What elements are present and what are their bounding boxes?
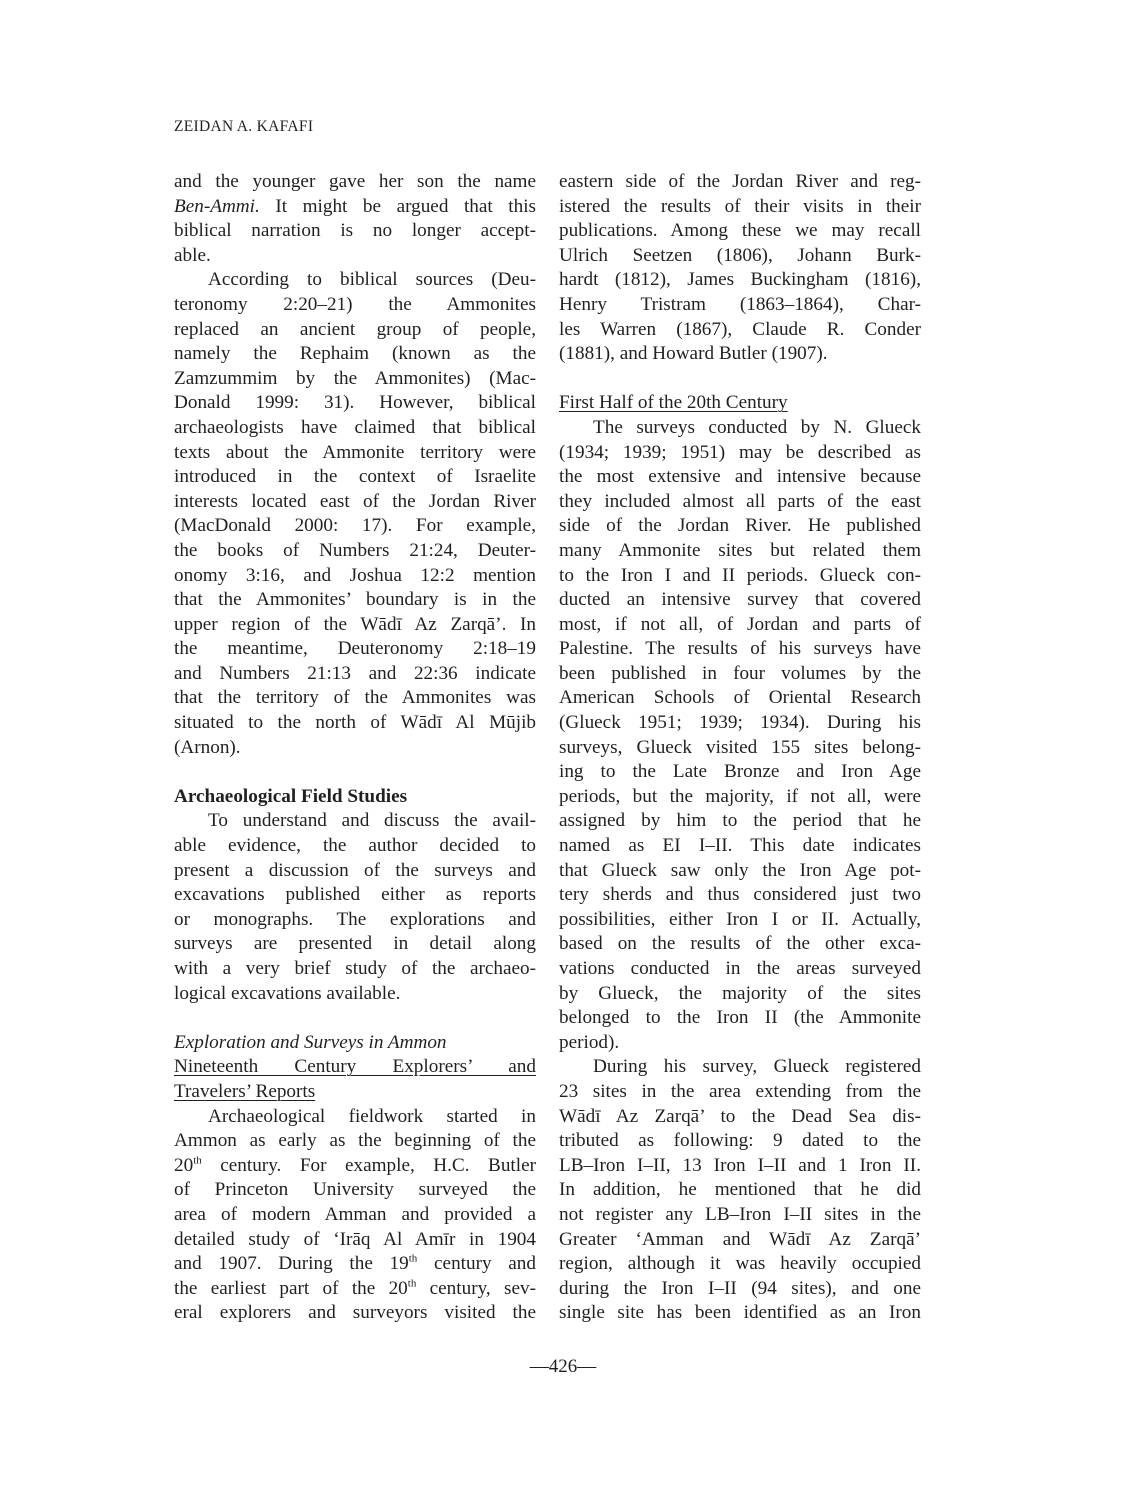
text-line: The surveys conducted by N. Glueck [559, 416, 921, 441]
text-line: (Glueck 1951; 1939; 1934). During his [559, 711, 921, 736]
text-line: Henry Tristram (1863–1864), Char- [559, 293, 921, 318]
text-line: biblical narration is no longer accept- [174, 219, 536, 244]
text-line: logical excavations available. [174, 982, 536, 1007]
text-line: tributed as following: 9 dated to the [559, 1129, 921, 1154]
text-line: been published in four volumes by the [559, 662, 921, 687]
text-line: publications. Among these we may recall [559, 219, 921, 244]
text-line: Palestine. The results of his surveys ha… [559, 637, 921, 662]
text-line: the books of Numbers 21:24, Deuter- [174, 539, 536, 564]
text-line: ducted an intensive survey that covered [559, 588, 921, 613]
text-line: detailed study of ‘Irāq Al Amīr in 1904 [174, 1228, 536, 1253]
text-line: and 1907. During the 19th century and [174, 1252, 536, 1277]
text-line: les Warren (1867), Claude R. Conder [559, 318, 921, 343]
text-line: 23 sites in the area extending from the [559, 1080, 921, 1105]
text-line: Greater ‘Amman and Wādī Az Zarqā’ [559, 1228, 921, 1253]
heading-text: First Half of the 20th Century [559, 392, 788, 413]
text-line: by Glueck, the majority of the sites [559, 982, 921, 1007]
text-line: not register any LB–Iron I–II sites in t… [559, 1203, 921, 1228]
text-line: texts about the Ammonite territory were [174, 441, 536, 466]
left-column: and the younger gave her son the name Be… [174, 170, 536, 1326]
text-line: surveys are presented in detail along [174, 932, 536, 957]
text-line: hardt (1812), James Buckingham (1816), [559, 268, 921, 293]
text-line: introduced in the context of Israelite [174, 465, 536, 490]
paragraph: The surveys conducted by N. Glueck (1934… [559, 416, 921, 1055]
text-line: surveys, Glueck visited 155 sites belong… [559, 736, 921, 761]
text-line: and Numbers 21:13 and 22:36 indicate [174, 662, 536, 687]
text-line: during the Iron I–II (94 sites), and one [559, 1277, 921, 1302]
text-line: namely the Rephaim (known as the [174, 342, 536, 367]
text-line: Ammon as early as the beginning of the [174, 1129, 536, 1154]
text-span: It might be argued that this [275, 196, 536, 217]
text-line: the most extensive and intensive because [559, 465, 921, 490]
spacer [174, 760, 536, 785]
text-span: century. For example, H.C. Butler [202, 1155, 536, 1176]
text-line: ing to the Late Bronze and Iron Age [559, 760, 921, 785]
text-line: that the territory of the Ammonites was [174, 686, 536, 711]
text-line: American Schools of Oriental Research [559, 686, 921, 711]
text-line: (Arnon). [174, 736, 536, 761]
text-line: possibilities, either Iron I or II. Actu… [559, 908, 921, 933]
spacer [559, 367, 921, 392]
text-line: or monographs. The explorations and [174, 908, 536, 933]
text-line: the meantime, Deuteronomy 2:18–19 [174, 637, 536, 662]
paragraph: During his survey, Glueck registered 23 … [559, 1055, 921, 1326]
subsubsection-heading: Travelers’ Reports [174, 1080, 536, 1105]
text-line: vations conducted in the areas surveyed [559, 957, 921, 982]
text-line: of Princeton University surveyed the [174, 1178, 536, 1203]
text-line: replaced an ancient group of people, [174, 318, 536, 343]
right-column: eastern side of the Jordan River and reg… [559, 170, 921, 1326]
text-line: eastern side of the Jordan River and reg… [559, 170, 921, 195]
italic-name: Ben-Ammi. [174, 196, 260, 217]
subsubsection-heading: First Half of the 20th Century [559, 391, 921, 416]
text-line: According to biblical sources (Deu- [174, 268, 536, 293]
text-line: region, although it was heavily occupied [559, 1252, 921, 1277]
text-line: In addition, he mentioned that he did [559, 1178, 921, 1203]
text-line: Archaeological fieldwork started in [174, 1105, 536, 1130]
section-heading: Archaeological Field Studies [174, 785, 536, 810]
text-span: the earliest part of the 20 [174, 1278, 408, 1299]
text-line: that Glueck saw only the Iron Age pot- [559, 859, 921, 884]
text-line: situated to the north of Wādī Al Mūjib [174, 711, 536, 736]
text-line: LB–Iron I–II, 13 Iron I–II and 1 Iron II… [559, 1154, 921, 1179]
paragraph: According to biblical sources (Deu- tero… [174, 268, 536, 760]
heading-text: Travelers’ Reports [174, 1081, 315, 1102]
paragraph: and the younger gave her son the name Be… [174, 170, 536, 268]
paragraph: Archaeological fieldwork started in Ammo… [174, 1105, 536, 1326]
text-span: 20 [174, 1155, 193, 1176]
text-line: most, if not all, of Jordan and parts of [559, 613, 921, 638]
text-line: period). [559, 1031, 921, 1056]
text-line: to the Iron I and II periods. Glueck con… [559, 564, 921, 589]
text-line: they included almost all parts of the ea… [559, 490, 921, 515]
text-line: onomy 3:16, and Joshua 12:2 mention [174, 564, 536, 589]
subsection-heading: Exploration and Surveys in Ammon [174, 1031, 536, 1056]
text-line: (MacDonald 2000: 17). For example, [174, 514, 536, 539]
text-span: century and [417, 1253, 536, 1274]
text-line: interests located east of the Jordan Riv… [174, 490, 536, 515]
text-line: able evidence, the author decided to [174, 834, 536, 859]
subsubsection-heading: Nineteenth Century Explorers’ and [174, 1055, 536, 1080]
text-line: with a very brief study of the archaeo- [174, 957, 536, 982]
text-line: that the Ammonites’ boundary is in the [174, 588, 536, 613]
text-line: periods, but the majority, if not all, w… [559, 785, 921, 810]
paragraph: eastern side of the Jordan River and reg… [559, 170, 921, 367]
text-line: based on the results of the other exca- [559, 932, 921, 957]
text-line: (1881), and Howard Butler (1907). [559, 342, 921, 367]
text-line: Donald 1999: 31). However, biblical [174, 391, 536, 416]
text-line: and the younger gave her son the name [174, 170, 536, 195]
text-line: 20th century. For example, H.C. Butler [174, 1154, 536, 1179]
running-head: ZEIDAN A. KAFAFI [174, 118, 313, 136]
spacer [174, 1006, 536, 1031]
text-line: archaeologists have claimed that biblica… [174, 416, 536, 441]
text-line: single site has been identified as an Ir… [559, 1301, 921, 1326]
text-line: istered the results of their visits in t… [559, 195, 921, 220]
text-line: present a discussion of the surveys and [174, 859, 536, 884]
text-line: Ben-Ammi. It might be argued that this [174, 195, 536, 220]
text-line: Wādī Az Zarqā’ to the Dead Sea dis- [559, 1105, 921, 1130]
text-line: assigned by him to the period that he [559, 809, 921, 834]
text-line: many Ammonite sites but related them [559, 539, 921, 564]
text-line: area of modern Amman and provided a [174, 1203, 536, 1228]
text-span: and 1907. During the 19 [174, 1253, 409, 1274]
text-line: named as EI I–II. This date indicates [559, 834, 921, 859]
text-line: upper region of the Wādī Az Zarqā’. In [174, 613, 536, 638]
paragraph: To understand and discuss the avail- abl… [174, 809, 536, 1006]
text-line: tery sherds and thus considered just two [559, 883, 921, 908]
text-line: Zamzummim by the Ammonites) (Mac- [174, 367, 536, 392]
text-line: eral explorers and surveyors visited the [174, 1301, 536, 1326]
text-line: excavations published either as reports [174, 883, 536, 908]
text-line: side of the Jordan River. He published [559, 514, 921, 539]
text-line: teronomy 2:20–21) the Ammonites [174, 293, 536, 318]
text-line: Ulrich Seetzen (1806), Johann Burk- [559, 244, 921, 269]
superscript: th [193, 1154, 202, 1166]
text-span: century, sev- [416, 1278, 536, 1299]
text-line: (1934; 1939; 1951) may be described as [559, 441, 921, 466]
page-number: —426— [0, 1356, 1126, 1378]
text-line: the earliest part of the 20th century, s… [174, 1277, 536, 1302]
text-line: During his survey, Glueck registered [559, 1055, 921, 1080]
text-line: To understand and discuss the avail- [174, 809, 536, 834]
text-line: belonged to the Iron II (the Ammonite [559, 1006, 921, 1031]
text-line: able. [174, 244, 536, 269]
